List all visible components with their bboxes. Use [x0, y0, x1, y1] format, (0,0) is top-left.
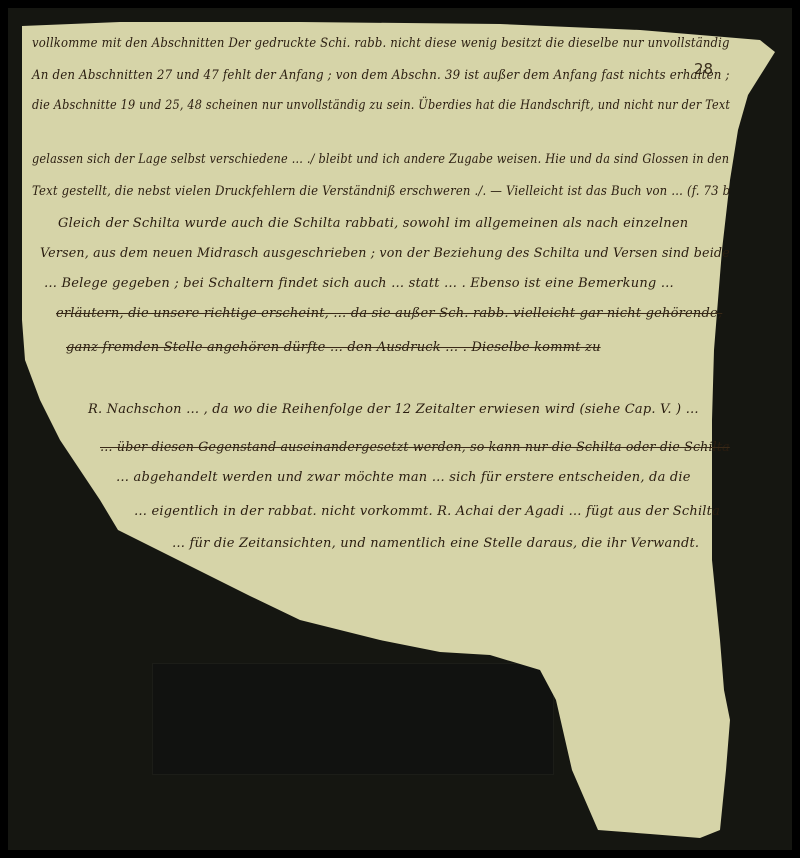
paper-fragment	[0, 0, 800, 858]
manuscript-line-8: … Belege gegeben ; bei Schaltern findet …	[44, 276, 674, 291]
manuscript-line-10: ganz fremden Stelle angehören dürfte … d…	[66, 340, 601, 355]
manuscript-line-9: erläutern, die unsere richtige erscheint…	[56, 306, 722, 321]
manuscript-line-14: … eigentlich in der rabbat. nicht vorkom…	[134, 504, 720, 519]
manuscript-line-3: die Abschnitte 19 und 25, 48 scheinen nu…	[32, 98, 730, 113]
manuscript-line-11: R. Nachschon … , da wo die Reihenfolge d…	[88, 402, 699, 417]
manuscript-line-6: Gleich der Schilta wurde auch die Schilt…	[58, 216, 688, 231]
manuscript-line-7: Versen, aus dem neuen Midrasch ausgeschr…	[40, 246, 730, 261]
manuscript-line-15: … für die Zeitansichten, und namentlich …	[172, 536, 699, 551]
manuscript-line-13: … abgehandelt werden und zwar möchte man…	[116, 470, 691, 485]
manuscript-line-12: … über diesen Gegenstand auseinandergese…	[100, 440, 730, 455]
manuscript-line-4: gelassen sich der Lage selbst verschiede…	[32, 152, 729, 167]
manuscript-line-1: vollkomme mit den Abschnitten Der gedruc…	[32, 36, 730, 51]
manuscript-line-5: Text gestellt, die nebst vielen Druckfeh…	[32, 184, 730, 199]
manuscript-line-2: An den Abschnitten 27 und 47 fehlt der A…	[32, 68, 730, 83]
